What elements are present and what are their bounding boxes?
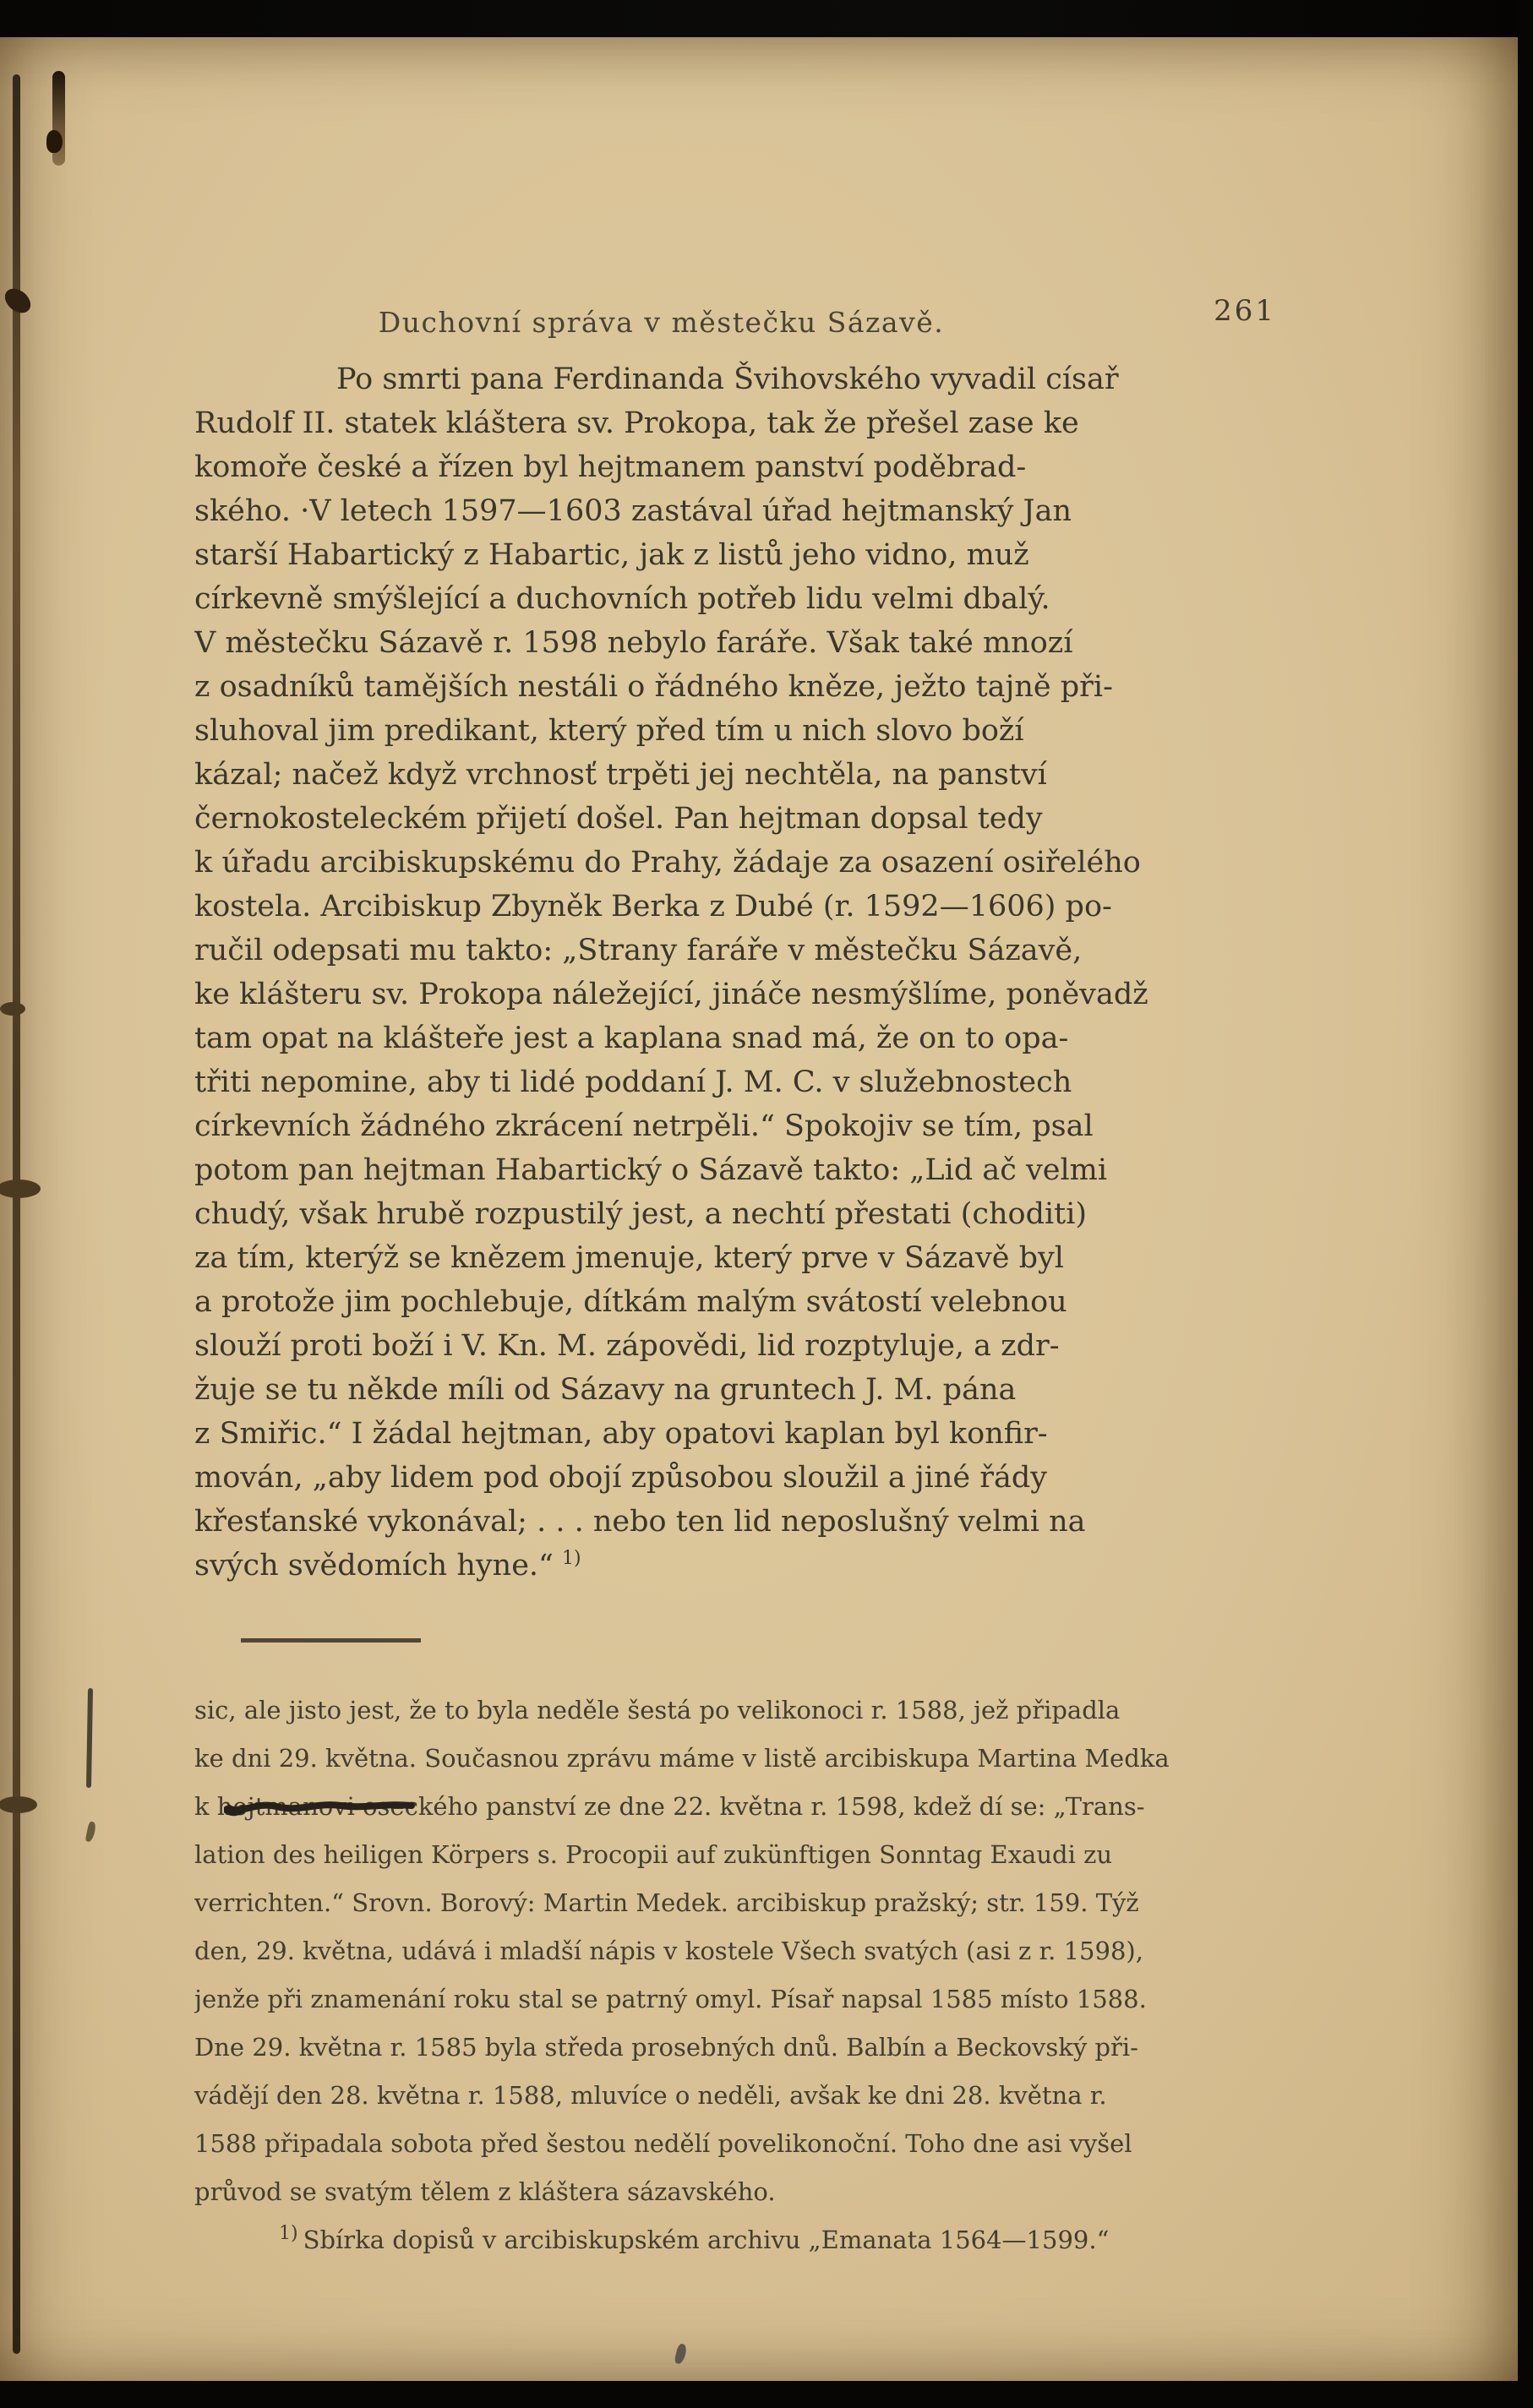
footnote-block: sic, ale jisto jest, že to byla neděle š… — [194, 1686, 1323, 2264]
body-text-line: černokosteleckém přijetí došel. Pan hejt… — [194, 797, 1323, 841]
body-text-line: ského. ·V letech 1597—1603 zastával úřad… — [194, 489, 1323, 533]
body-text-line: chudý, však hrubě rozpustilý jest, a nec… — [194, 1192, 1323, 1236]
fold-ink-blob — [0, 284, 35, 318]
handwritten-underline-mark — [224, 1791, 418, 1822]
fold-ink-blob — [0, 1179, 41, 1198]
body-text-line: komoře české a řízen byl hejtmanem panst… — [194, 445, 1323, 489]
body-text-line: k úřadu arcibiskupskému do Prahy, žádaje… — [194, 841, 1323, 885]
body-last-line-text: svých svědomích hyne.“ — [194, 1549, 554, 1583]
scan-border-top — [0, 0, 1533, 37]
body-text-line: a protože jim pochlebuje, dítkám malým s… — [194, 1280, 1323, 1324]
body-text-line: potom pan hejtman Habartický o Sázavě ta… — [194, 1148, 1323, 1192]
footnote-text-line: jenže při znamenání roku stal se patrný … — [194, 1975, 1323, 2024]
body-text-line: V městečku Sázavě r. 1598 nebylo faráře.… — [194, 621, 1323, 665]
fold-ink-blob — [0, 1796, 37, 1813]
body-text-line: sluhoval jim predikant, který před tím u… — [194, 709, 1323, 753]
body-text-line-last: svých svědomích hyne.“1) — [194, 1544, 1323, 1588]
running-header-title: Duchovní správa v městečku Sázavě. — [194, 306, 1128, 339]
footnote-text-line: verrichten.“ Srovn. Borový: Martin Medek… — [194, 1879, 1323, 1927]
body-text-line: Po smrti pana Ferdinanda Švihovského vyv… — [194, 357, 1323, 401]
small-ink-blot — [674, 2343, 687, 2365]
body-text-line: kázal; načež když vrchnosť trpěti jej ne… — [194, 753, 1323, 797]
body-text-line: za tím, kterýž se knězem jmenuje, který … — [194, 1236, 1323, 1280]
margin-ink-comma — [85, 1821, 97, 1842]
paper-surface: Duchovní správa v městečku Sázavě. 261 P… — [0, 37, 1518, 2381]
body-text-line: křesťanské vykonával; . . . nebo ten lid… — [194, 1500, 1323, 1544]
margin-ink-bar — [86, 1688, 93, 1788]
footnote-citation-line: 1)Sbírka dopisů v arcibiskupském archivu… — [194, 2216, 1323, 2264]
body-text-line: žuje se tu někde míli od Sázavy na grunt… — [194, 1368, 1323, 1412]
scan-edge-dot-mark — [46, 130, 63, 153]
body-text-line: třiti nepomine, aby ti lidé poddaní J. M… — [194, 1060, 1323, 1104]
footnote-citation-text: Sbírka dopisů v arcibiskupském archivu „… — [303, 2225, 1110, 2254]
body-text-line: mován, „aby lidem pod obojí způsobou slo… — [194, 1456, 1323, 1500]
footnote-text-line: ke dni 29. května. Současnou zprávu máme… — [194, 1735, 1323, 1783]
footnote-text-line: sic, ale jisto jest, že to byla neděle š… — [194, 1686, 1323, 1735]
body-text-line: Rudolf II. statek kláštera sv. Prokopa, … — [194, 401, 1323, 445]
scan-border-right — [1518, 0, 1533, 2408]
main-text-paragraph: Po smrti pana Ferdinanda Švihovského vyv… — [194, 357, 1323, 1588]
body-text-line: kostela. Arcibiskup Zbyněk Berka z Dubé … — [194, 885, 1323, 929]
body-text-line: církevních žádného zkrácení netrpěli.“ S… — [194, 1104, 1323, 1148]
footnote-reference-mark: 1) — [562, 1548, 581, 1569]
footnote-citation-number: 1) — [279, 2223, 298, 2244]
body-text-line: ke klášteru sv. Prokopa náležející, jiná… — [194, 972, 1323, 1016]
footnote-text-line: lation des heiligen Körpers s. Procopii … — [194, 1831, 1323, 1879]
body-text-line: tam opat na klášteře jest a kaplana snad… — [194, 1016, 1323, 1060]
footnote-last-paragraph-line: průvod se svatým tělem z kláštera sázavs… — [194, 2168, 1323, 2216]
body-text-line: ručil odepsati mu takto: „Strany faráře … — [194, 929, 1323, 972]
body-text-line: starší Habartický z Habartic, jak z list… — [194, 533, 1323, 577]
fold-ink-blob — [0, 1002, 25, 1016]
binding-fold-line — [13, 74, 20, 2354]
body-text-line: slouží proti boží i V. Kn. M. zápovědi, … — [194, 1324, 1323, 1368]
footnote-text-line: 1588 připadala sobota před šestou nedělí… — [194, 2120, 1323, 2168]
footnote-text-line: Dne 29. května r. 1585 byla středa prose… — [194, 2024, 1323, 2072]
footnote-text-line: den, 29. května, udává i mladší nápis v … — [194, 1927, 1323, 1975]
page-number: 261 — [1214, 294, 1276, 328]
footnote-separator-rule — [241, 1638, 421, 1643]
scanned-book-page: Duchovní správa v městečku Sázavě. 261 P… — [0, 0, 1533, 2408]
body-text-line: z osadníků tamějších nestáli o řádného k… — [194, 665, 1323, 709]
body-text-line: církevně smýšlející a duchovních potřeb … — [194, 577, 1323, 621]
footnote-text-line: vádějí den 28. května r. 1588, mluvíce o… — [194, 2072, 1323, 2120]
scan-border-bottom — [0, 2381, 1533, 2408]
body-text-line: z Smiřic.“ I žádal hejtman, aby opatovi … — [194, 1412, 1323, 1456]
